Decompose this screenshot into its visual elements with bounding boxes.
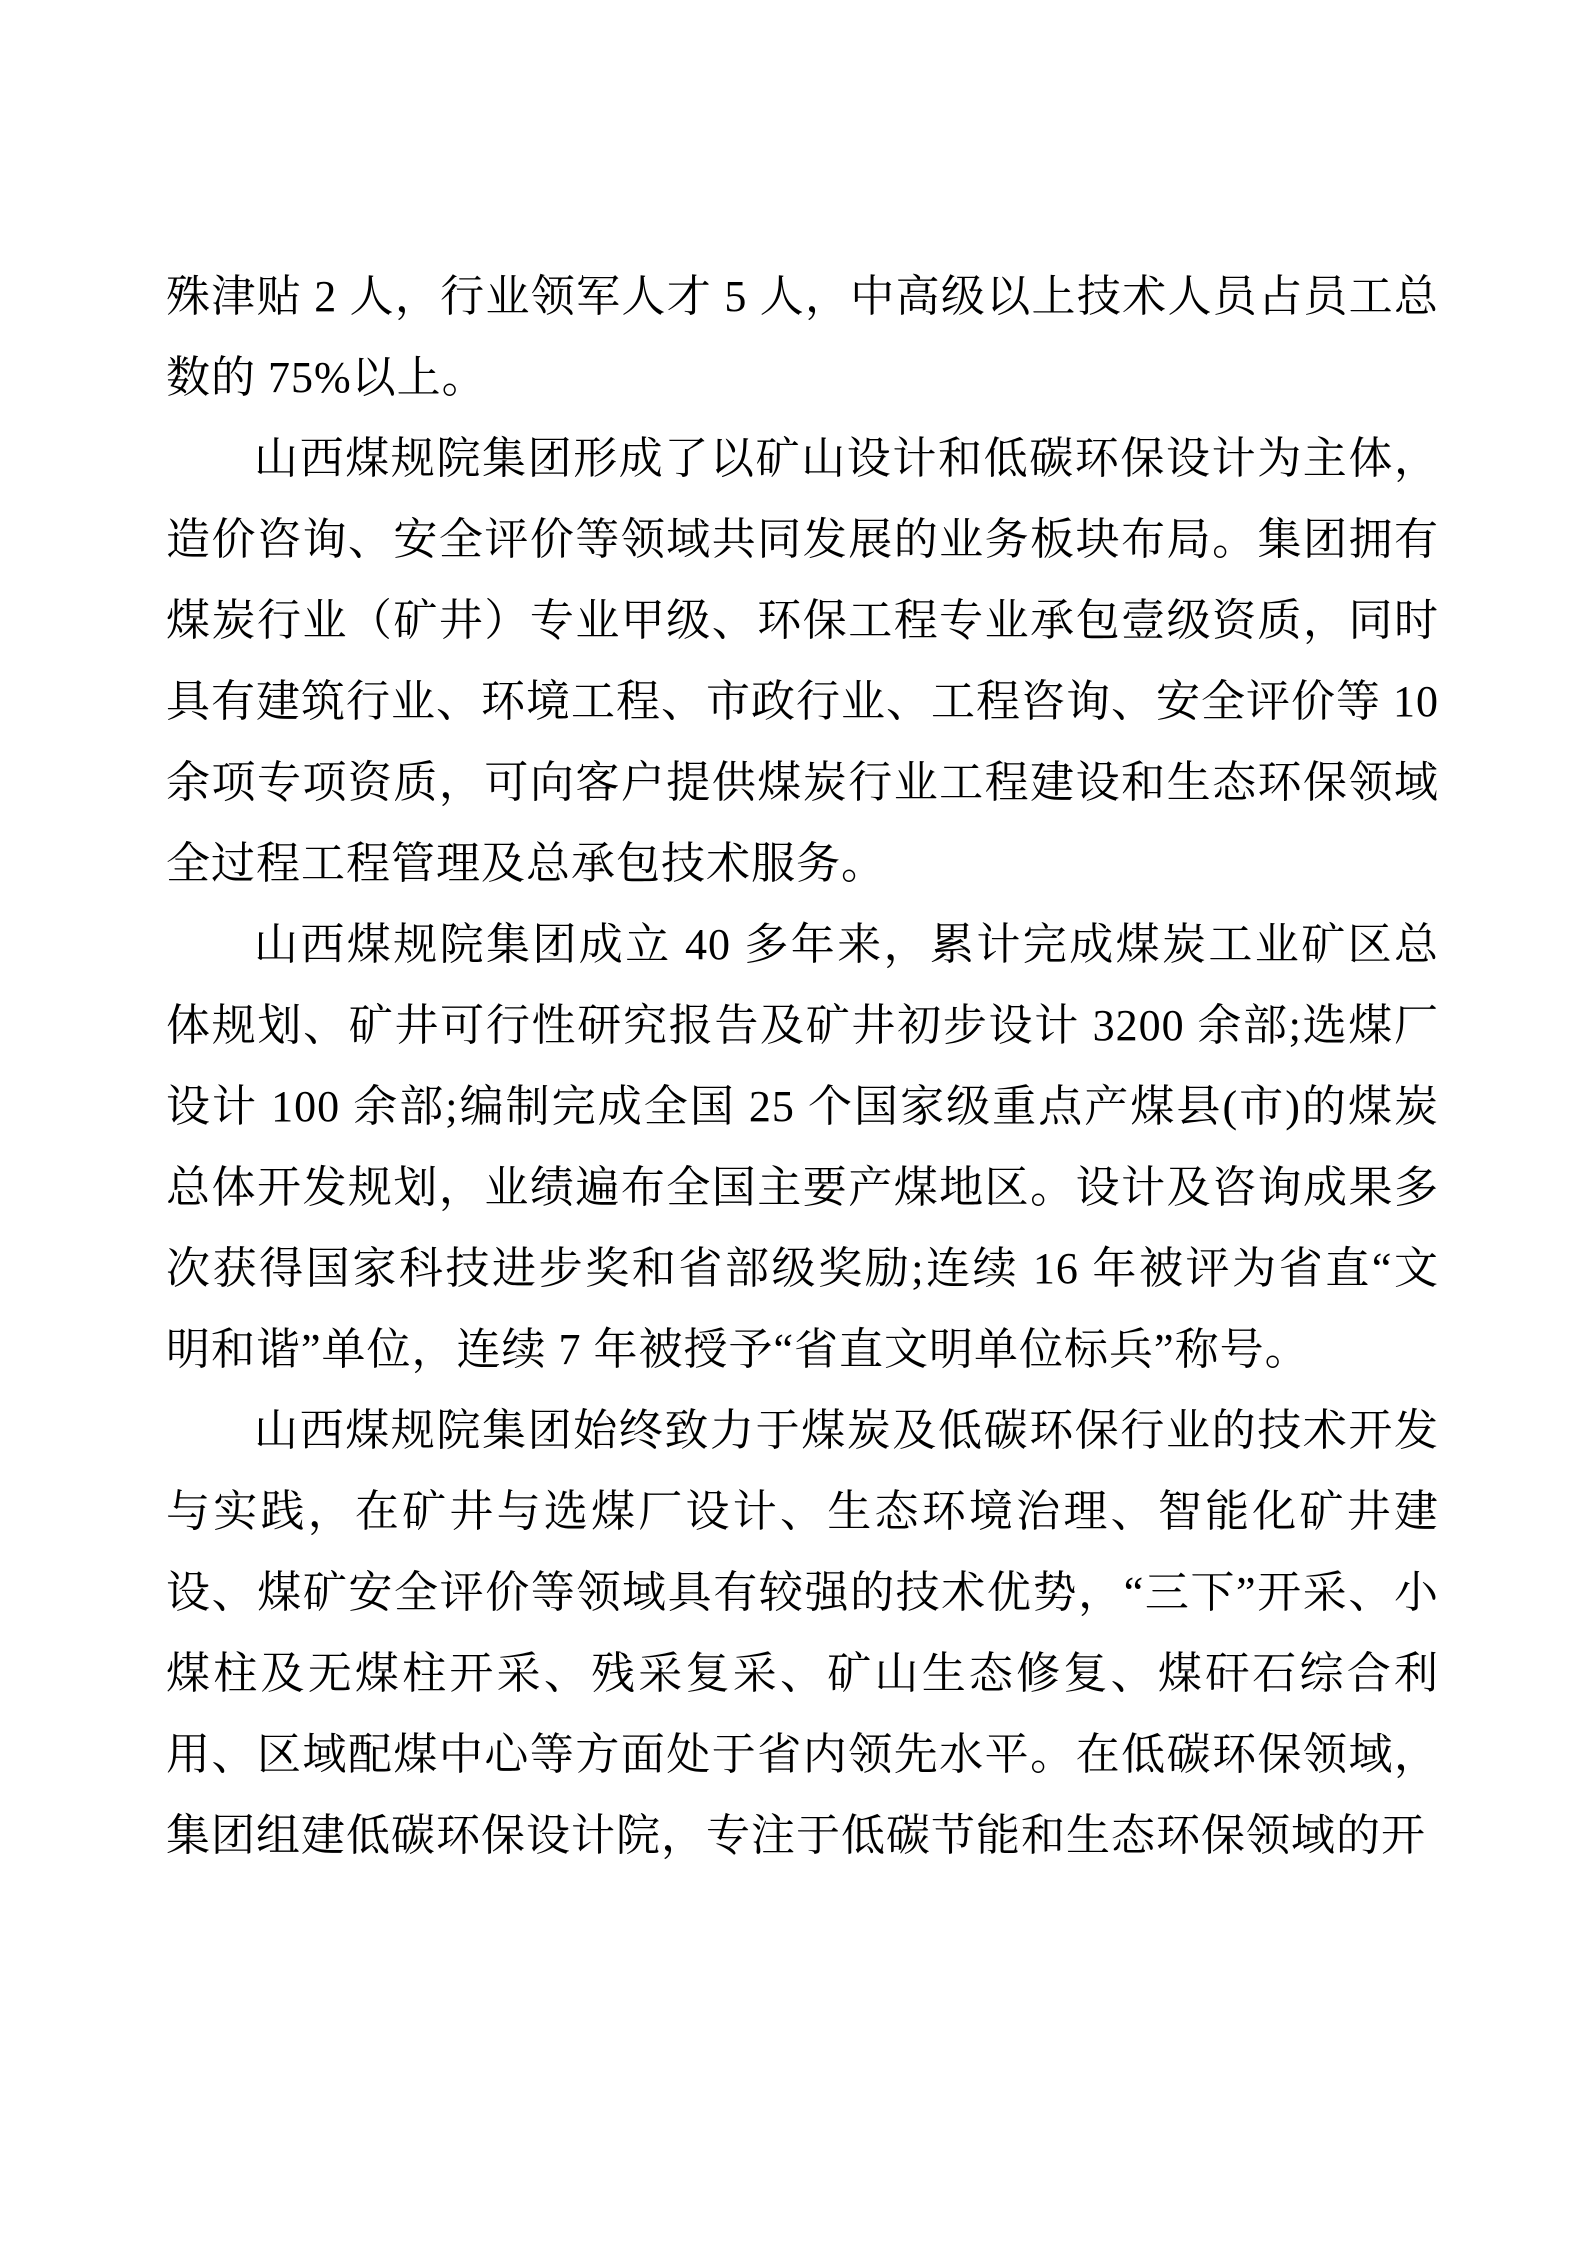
paragraph-continuation: 殊津贴 2 人，行业领军人才 5 人，中高级以上技术人员占员工总数的 75%以上… — [166, 256, 1439, 418]
page-body-text: 殊津贴 2 人，行业领军人才 5 人，中高级以上技术人员占员工总数的 75%以上… — [166, 256, 1439, 1876]
document-page: 殊津贴 2 人，行业领军人才 5 人，中高级以上技术人员占员工总数的 75%以上… — [0, 0, 1587, 2245]
paragraph-business-layout: 山西煤规院集团形成了以矿山设计和低碳环保设计为主体，造价咨询、安全评价等领域共同… — [166, 418, 1439, 904]
paragraph-technical-strengths: 山西煤规院集团始终致力于煤炭及低碳环保行业的技术开发与实践，在矿井与选煤厂设计、… — [166, 1390, 1439, 1876]
paragraph-achievements: 山西煤规院集团成立 40 多年来，累计完成煤炭工业矿区总体规划、矿井可行性研究报… — [166, 904, 1439, 1390]
